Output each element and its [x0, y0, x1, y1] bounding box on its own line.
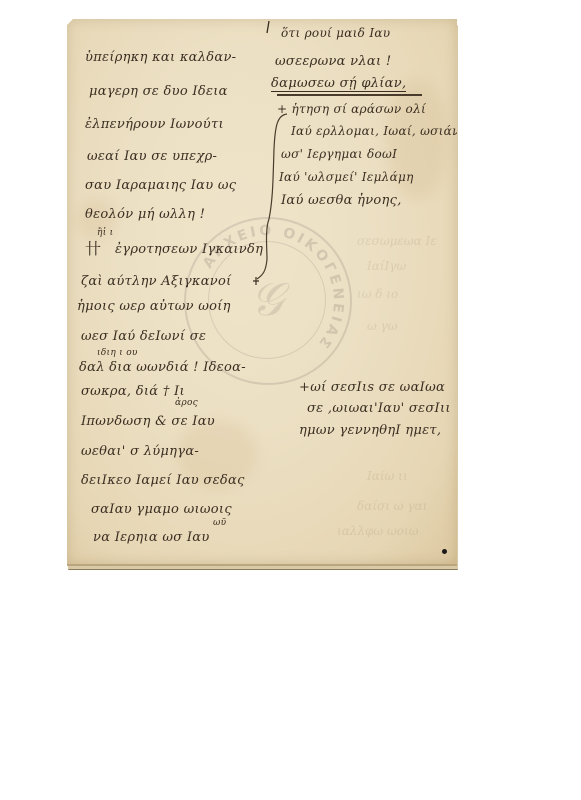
- binding-hole: [442, 549, 447, 554]
- manuscript-line: Ιαύ ερλλομαι, Ιωαί, ωσιάν: [291, 125, 457, 137]
- manuscript-line: Ιπωνδωση & σε Ιαυ: [81, 415, 215, 428]
- section-divider-rule: [277, 94, 422, 96]
- interlinear-note: ἢἱ ι: [97, 229, 114, 238]
- manuscript-line: να Ιερηια ωσ Ιαυ: [93, 531, 210, 544]
- manuscript-line: ὑπείρηκη και καλδαν-: [85, 51, 236, 64]
- hash-mark: 卄: [85, 241, 101, 257]
- manuscript-line: δαλ δια ωωνδιά ! Ιδεοα-: [79, 361, 246, 374]
- manuscript-line: σαΙαυ γμαμο ωιωοις: [91, 503, 232, 516]
- manuscript-page-stack: σεσωμεωα Ιε ΙαίΙγω ιω δ ιο ω γω Ιαίω ιι …: [67, 19, 459, 569]
- manuscript-line: Ιαύ ωεσθα ἡνοης,: [281, 194, 402, 207]
- manuscript-line: θεολόν μή ωλλη !: [85, 208, 205, 221]
- manuscript-line: μαγερη σε δυο Ιδεια: [89, 85, 228, 98]
- manuscript-line: Ιαύ 'ωλσμεί' Ιεμλάμη: [279, 171, 414, 183]
- manuscript-line: ἐγροτησεων Ιγκαινδη: [115, 243, 263, 256]
- manuscript-line-underlined: δαμωσεω σῄ φλίαν,: [271, 77, 406, 92]
- manuscript-line: δειΙκεο Ιαμεί Ιαυ σεδας: [81, 474, 245, 487]
- interlinear-note: ωῦ: [213, 519, 226, 528]
- manuscript-line: ωεθαι' σ λύμηγα-: [81, 445, 199, 458]
- manuscript-line: ζαὶ αύτλην Αξιγκανοί: [81, 275, 232, 288]
- document-viewer: σεσωμεωα Ιε ΙαίΙγω ιω δ ιο ω γω Ιαίω ιι …: [0, 0, 581, 800]
- manuscript-line: σε ,ωιωαι'Ιαυ' σεσΙιι: [307, 402, 451, 415]
- manuscript-page: σεσωμεωα Ιε ΙαίΙγω ιω δ ιο ω γω Ιαίω ιι …: [67, 19, 457, 566]
- manuscript-line: ωεσ Ιαύ δεΙωνί σε: [81, 330, 206, 343]
- manuscript-line: σαυ Ιαραμαιης Ιαυ ως: [85, 179, 236, 192]
- interlinear-note: ιδιη ι ου: [97, 349, 138, 358]
- manuscript-line: + ἡτηση σί αράσων ολί: [277, 103, 426, 115]
- manuscript-line: +ωί σεσΙιs σε ωαΙωα: [299, 381, 445, 394]
- manuscript-line: ωεαί Ιαυ σε υπεχρ-: [87, 150, 217, 163]
- manuscript-line: σωκρα, διά † Ιι: [81, 385, 185, 398]
- manuscript-line: ημων γεννηθηΙ ημετ,: [299, 424, 441, 437]
- interlinear-note: ἀρος: [175, 399, 198, 408]
- manuscript-line: ἐλπενήρουν Ιωνούτι: [85, 118, 224, 131]
- manuscript-line: ὅτι ρουί μαιδ Ιαυ: [281, 27, 390, 39]
- manuscript-line: ωσ' Ιεργημαι δοωΙ: [281, 148, 397, 160]
- manuscript-line: ἡμοις ωερ αὐτων ωοίη: [77, 300, 231, 313]
- manuscript-line: ωσεερωνα νλαι !: [275, 55, 391, 68]
